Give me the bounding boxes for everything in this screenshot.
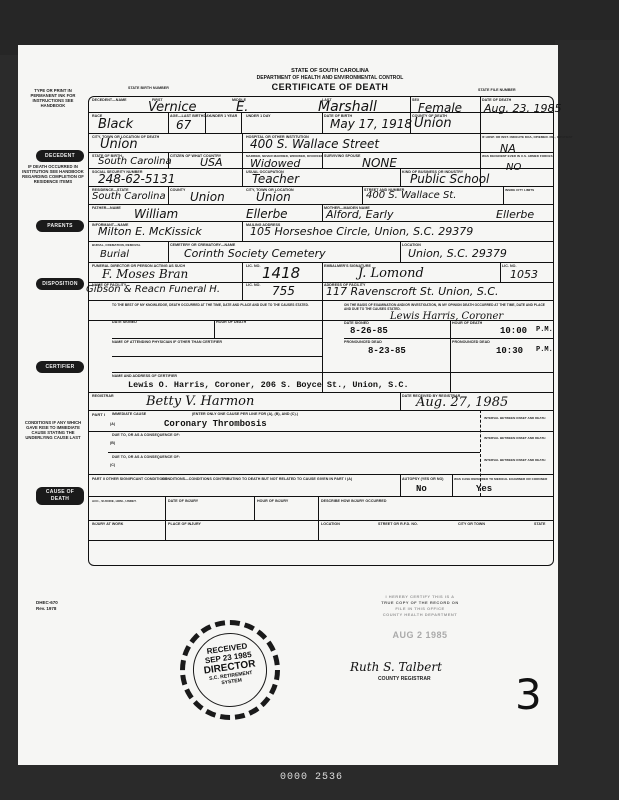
divider: [88, 496, 554, 497]
coroner-hour-ampm: P.M.: [536, 326, 553, 334]
director-lic-value: 1418: [262, 264, 300, 282]
divider: [503, 186, 504, 204]
sex-value: Female: [418, 101, 462, 115]
occupation-value: Teacher: [252, 172, 299, 186]
decedent-name-label: DECEDENT—NAME: [92, 98, 127, 102]
divider: [88, 204, 554, 205]
divider: [88, 392, 554, 393]
divider: [241, 112, 242, 133]
section-parents: PARENTS: [36, 220, 84, 232]
under-1-year-label: UNDER 1 YEAR: [210, 114, 237, 118]
age-value: 67: [176, 118, 191, 132]
physician-hour-label: HOUR OF DEATH: [216, 320, 246, 324]
certificate-title: CERTIFICATE OF DEATH: [230, 82, 430, 92]
divider: [88, 133, 554, 134]
section-disposition: DISPOSITION: [36, 278, 84, 290]
city-of-death: Union: [100, 137, 138, 152]
divider: [322, 112, 323, 133]
coroner-date-signed: 8-26-85: [350, 326, 388, 336]
header-department: DEPARTMENT OF HEALTH AND ENVIRONMENTAL C…: [230, 75, 430, 81]
residence-state: South Carolina: [92, 191, 166, 202]
residence-county-label: COUNTY: [170, 188, 185, 192]
inst-label: IF HOSP. OR INST. INDICATE DOA, OP/EMER.…: [482, 135, 573, 139]
date-of-birth: May 17, 1918: [330, 117, 412, 131]
immediate-cause-label: IMMEDIATE CAUSE: [112, 412, 146, 416]
part-1-label: PART I: [92, 412, 105, 417]
county-of-death: Union: [414, 116, 452, 131]
interval-label-a: INTERVAL BETWEEN ONSET AND DEATH: [484, 416, 545, 420]
divider: [322, 204, 323, 221]
residence-street: 400 S. Wallace St.: [366, 190, 456, 201]
divider: [88, 474, 554, 475]
disposition-method: Burial: [100, 249, 129, 260]
divider: [168, 186, 169, 204]
section-decedent: DECEDENT: [36, 150, 84, 162]
attending-physician-label: NAME OF ATTENDING PHYSICIAN IF OTHER THA…: [112, 340, 222, 344]
divider: [168, 112, 169, 133]
divider: [500, 262, 501, 282]
divider: [88, 221, 554, 222]
divider: [88, 520, 554, 521]
certification-line-1: I HEREBY CERTIFY THIS IS A: [340, 594, 500, 599]
divider: [318, 496, 319, 540]
decedent-middle-name: E.: [236, 100, 248, 115]
facility-address: 117 Ravenscroft St. Union, S.C.: [326, 285, 499, 298]
injury-at-work-label: INJURY AT WORK: [92, 522, 123, 526]
autopsy-label: AUTOPSY (Yes or No): [402, 477, 444, 481]
decedent-note: IF DEATH OCCURRED IN INSTITUTION SEE HAN…: [22, 164, 84, 184]
spouse-value: NONE: [362, 156, 397, 170]
residence-city: Union: [256, 190, 291, 204]
form-code: DHEC-670Rev. 1978: [36, 600, 58, 612]
father-first: William: [134, 207, 178, 221]
divider: [88, 241, 554, 242]
divider: [242, 221, 243, 241]
divider: [322, 262, 323, 300]
certifier-name-address-label: NAME AND ADDRESS OF CERTIFIER: [112, 374, 177, 378]
divider: [112, 338, 322, 339]
facility-lic-value: 755: [272, 284, 295, 298]
armed-forces-label: WAS DECEDENT EVER IN U.S. ARMED FORCES: [482, 154, 553, 158]
divider: [400, 168, 401, 186]
divider: [108, 452, 480, 453]
header-state: STATE OF SOUTH CAROLINA: [230, 68, 430, 74]
stamp-inner: RECEIVED SEP 23 1985 DIRECTOR S.C. RETIR…: [188, 628, 272, 712]
part-2-text: CONDITIONS—Conditions contributing to de…: [162, 477, 352, 481]
due-to-label-b: DUE TO, OR AS A CONSEQUENCE OF:: [112, 433, 180, 437]
registrar-date: Aug. 27, 1985: [416, 395, 508, 410]
section-cause-of-death: CAUSE OF DEATH: [36, 487, 84, 505]
cause-instruction: (ENTER ONLY ONE CAUSE PER LINE FOR (a), …: [192, 412, 298, 416]
father-label: FATHER—NAME: [92, 206, 121, 210]
divider: [242, 133, 243, 186]
registrar-signature: Betty V. Harmon: [146, 394, 254, 409]
decedent-last-name: Marshall: [318, 99, 377, 115]
citizen-value: USA: [200, 156, 223, 169]
interval-label-c: INTERVAL BETWEEN ONSET AND DEATH: [484, 458, 545, 462]
coroner-statement: On the basis of examination and/or inves…: [344, 303, 549, 311]
coroner-signature: Lewis Harris, Coroner: [390, 311, 503, 322]
certification-line-4: COUNTY HEALTH DEPARTMENT: [340, 612, 500, 617]
ssn-value: 248-62-5131: [98, 172, 175, 186]
director-lic-label: LIC. NO.: [246, 264, 261, 268]
physician-statement: To the best of my knowledge, death occur…: [112, 303, 312, 307]
divider: [400, 241, 401, 262]
divider: [344, 338, 554, 339]
facility-name: Gibson & Reacn Funeral H.: [86, 284, 220, 295]
autopsy-value: No: [416, 484, 427, 494]
divider: [400, 474, 401, 496]
divider: [112, 356, 322, 357]
coroner-date-signed-label: DATE SIGNED: [344, 321, 369, 325]
certification-line-3: FILE IN THIS OFFICE: [340, 606, 500, 611]
divider: [88, 262, 554, 263]
divider: [242, 262, 243, 300]
location-value: Union, S.C. 29379: [408, 247, 507, 260]
injury-location-label: LOCATION: [321, 522, 340, 526]
divider: [400, 392, 401, 410]
divider: [480, 96, 481, 133]
divider: [88, 540, 554, 541]
divider: [88, 186, 554, 187]
due-to-label-c: DUE TO, OR AS A CONSEQUENCE OF:: [112, 455, 180, 459]
spouse-label: SURVIVING SPOUSE: [324, 154, 360, 158]
divider: [362, 186, 363, 204]
injury-street-label: STREET OR R.F.D. NO.: [378, 522, 418, 526]
certifier-name-address: Lewis O. Harris, Coroner, 206 S. Boyce S…: [128, 380, 409, 390]
mother-last: Ellerbe: [496, 208, 534, 221]
marital-value: Widowed: [250, 157, 300, 170]
residence-county: Union: [190, 190, 225, 204]
injury-city-label: CITY OR TOWN: [458, 522, 485, 526]
section-certifier: CERTIFIER: [36, 361, 84, 373]
divider: [88, 410, 554, 411]
divider: [88, 152, 554, 153]
scan-right-border: [555, 40, 619, 800]
divider: [205, 112, 206, 133]
interval-label-b: INTERVAL BETWEEN ONSET AND DEATH: [484, 436, 545, 440]
injury-state-label: STATE: [534, 522, 546, 526]
informant-value: Milton E. McKissick: [98, 225, 202, 238]
birthplace-value: South Carolina: [98, 156, 172, 167]
cause-c-marker: (c): [110, 463, 115, 467]
cause-a-marker: (a): [110, 422, 115, 426]
certification-signature: Ruth S. Talbert: [350, 660, 442, 674]
form-revision: Rev. 1978: [36, 606, 58, 612]
divider: [112, 372, 554, 373]
registrar-label: REGISTRAR: [92, 394, 114, 398]
divider: [88, 431, 554, 432]
injury-date-label: DATE OF INJURY: [168, 499, 198, 503]
pronounced-ampm: P.M.: [536, 346, 553, 354]
divider: [165, 496, 166, 540]
director-signature: F. Moses Bran: [102, 267, 188, 281]
decedent-first-name: Vernice: [148, 100, 196, 115]
certification-date: AUG 2 1985: [340, 630, 500, 640]
injury-how-label: DESCRIBE HOW INJURY OCCURRED: [321, 499, 387, 503]
injury-place-label: PLACE OF INJURY: [168, 522, 201, 526]
referred-label: WAS CASE REFERRED TO MEDICAL EXAMINER OR…: [454, 477, 547, 481]
divider: [168, 152, 169, 168]
certification-line-2: TRUE COPY OF THE RECORD ON: [340, 600, 500, 605]
pronounced-hour: 10:30: [496, 346, 523, 356]
divider: [450, 320, 451, 392]
injury-hour-label: HOUR OF INJURY: [257, 499, 288, 503]
race-value: Black: [98, 117, 133, 132]
certification-title: County Registrar: [378, 676, 431, 682]
state-file-number-label: STATE FILE NUMBER: [478, 88, 516, 92]
divider: [88, 300, 554, 301]
mailing-address: 105 Horseshoe Circle, Union, S.C. 29379: [250, 225, 473, 238]
coroner-hour-label: HOUR OF DEATH: [452, 321, 482, 325]
hospital-value: 400 S. Wallace Street: [250, 137, 379, 151]
divider: [88, 282, 554, 283]
cause-b-marker: (b): [110, 441, 115, 445]
embalmer-signature: J. Lomond: [358, 266, 424, 281]
divider: [322, 300, 323, 392]
facility-lic-label: LIC. NO.: [246, 283, 261, 287]
pronounced-date: 8-23-85: [368, 346, 406, 356]
cause-a: Coronary Thrombosis: [164, 419, 267, 429]
divider: [168, 241, 169, 262]
divider: [214, 320, 215, 338]
business-value: Public School: [410, 172, 489, 186]
accident-label: ACC., SUICIDE, HOM., UNDET.: [92, 499, 137, 503]
under-1-day-label: UNDER 1 DAY: [246, 114, 271, 118]
armed-forces-value: NO: [506, 162, 521, 173]
divider: [88, 168, 554, 169]
mother-first: Alford, Early: [326, 208, 393, 221]
part-2-label: PART II OTHER SIGNIFICANT CONDITIONS: [92, 477, 167, 481]
embalmer-lic-value: 1053: [510, 268, 538, 281]
received-stamp: RECEIVED SEP 23 1985 DIRECTOR S.C. RETIR…: [180, 620, 280, 720]
date-of-death: Aug. 23, 1985: [484, 102, 561, 115]
instructions-note: TYPE OR PRINT IN PERMANENT INK FOR INSTR…: [22, 88, 84, 108]
coroner-hour: 10:00: [500, 326, 527, 336]
divider: [322, 152, 323, 168]
serial-number: 0000 2536: [280, 772, 343, 783]
referred-value: Yes: [476, 484, 492, 494]
cemetery-value: Corinth Society Cemetery: [184, 247, 326, 260]
state-birth-number-label: STATE BIRTH NUMBER: [128, 86, 169, 90]
inside-city-limits-label: INSIDE CITY LIMITS: [505, 188, 534, 192]
divider: [254, 496, 255, 520]
page-number: 3: [515, 670, 542, 719]
father-last: Ellerbe: [246, 207, 288, 221]
divider: [452, 474, 453, 496]
pronounced-hour-label: PRONOUNCED DEAD: [452, 340, 490, 344]
physician-date-signed-label: DATE SIGNED: [112, 320, 137, 324]
pronounced-dead-label: PRONOUNCED DEAD: [344, 340, 382, 344]
conditions-note: CONDITIONS IF ANY WHICH GAVE RISE TO IMM…: [22, 420, 84, 440]
disposition-method-label: BURIAL, CREMATION, REMOVAL: [92, 243, 141, 247]
